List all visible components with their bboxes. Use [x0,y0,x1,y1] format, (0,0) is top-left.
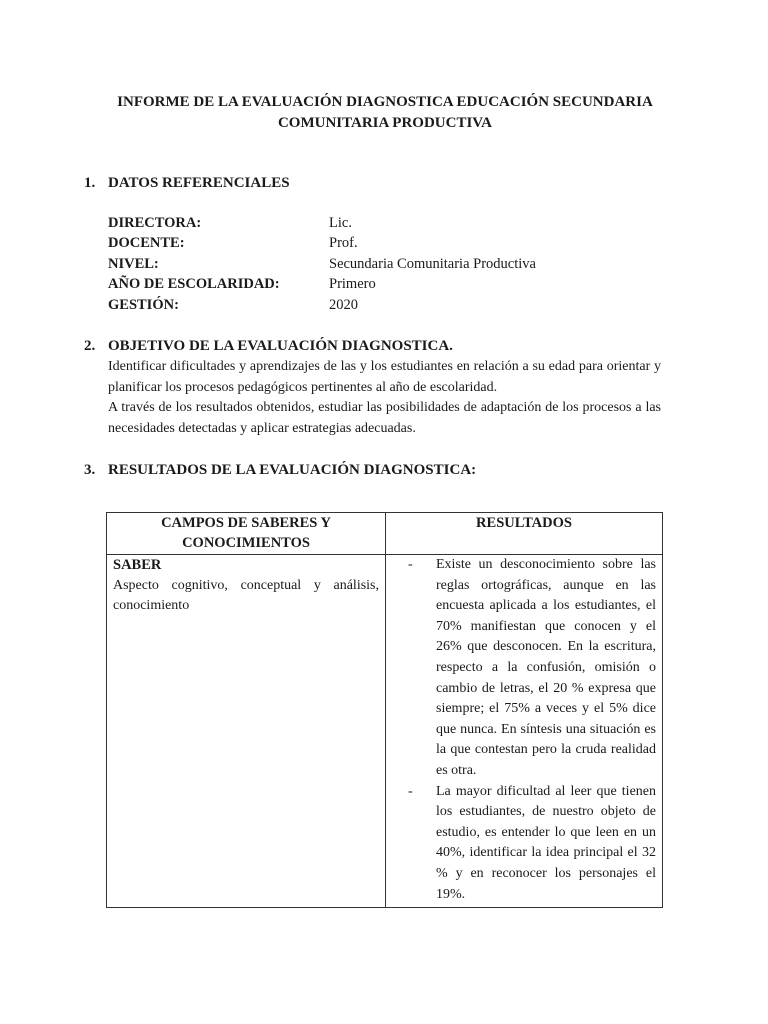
datos-row-directora: DIRECTORA: Lic. [108,213,668,234]
objetivo-paragraph-2: A través de los resultados obtenidos, es… [108,398,661,439]
section-title: DATOS REFERENCIALES [108,175,290,191]
campo-title: SABER [113,555,379,576]
datos-row-docente: DOCENTE: Prof. [108,234,668,255]
datos-row-gestion: GESTIÓN: 2020 [108,295,668,316]
title-line-2: COMUNITARIA PRODUCTIVA [100,113,670,134]
resultado-text: La mayor dificultad al leer que tienen l… [436,784,656,902]
datos-row-nivel: NIVEL: Secundaria Comunitaria Productiva [108,254,668,275]
title-line-1: INFORME DE LA EVALUACIÓN DIAGNOSTICA EDU… [100,92,670,113]
datos-row-escolaridad: AÑO DE ESCOLARIDAD: Primero [108,275,668,296]
section-heading-resultados: 3.RESULTADOS DE LA EVALUACIÓN DIAGNOSTIC… [84,460,476,480]
datos-value: Prof. [329,235,358,252]
resultados-cell: - Existe un desconocimiento sobre las re… [386,555,663,908]
datos-referenciales: DIRECTORA: Lic. DOCENTE: Prof. NIVEL: Se… [108,213,668,316]
resultado-item: - La mayor dificultad al leer que tienen… [408,782,656,906]
datos-label: AÑO DE ESCOLARIDAD: [108,276,329,293]
document-page: INFORME DE LA EVALUACIÓN DIAGNOSTICA EDU… [0,0,768,1024]
table-row: SABER Aspecto cognitivo, conceptual y an… [107,555,663,908]
campo-description: Aspecto cognitivo, conceptual y análisis… [113,576,379,617]
objetivo-paragraph-1: Identificar dificultades y aprendizajes … [108,357,661,398]
bullet-dash: - [408,782,413,803]
resultados-table: CAMPOS DE SABERES Y CONOCIMIENTOS RESULT… [106,512,663,908]
section-number: 1. [84,173,108,193]
datos-value: Secundaria Comunitaria Productiva [329,256,536,273]
section-title: OBJETIVO DE LA EVALUACIÓN DIAGNOSTICA. [108,338,453,354]
campo-cell: SABER Aspecto cognitivo, conceptual y an… [107,555,386,908]
section-title: RESULTADOS DE LA EVALUACIÓN DIAGNOSTICA: [108,462,476,478]
datos-value: Lic. [329,215,352,232]
column-header-resultados: RESULTADOS [386,513,663,555]
table-header-row: CAMPOS DE SABERES Y CONOCIMIENTOS RESULT… [107,513,663,555]
datos-label: DIRECTORA: [108,215,329,232]
datos-label: DOCENTE: [108,235,329,252]
bullet-dash: - [408,555,413,576]
objetivo-text: Identificar dificultades y aprendizajes … [108,357,661,439]
section-heading-datos: 1.DATOS REFERENCIALES [84,173,290,193]
resultado-text: Existe un desconocimiento sobre las regl… [436,557,656,778]
section-number: 3. [84,460,108,480]
column-header-campos: CAMPOS DE SABERES Y CONOCIMIENTOS [107,513,386,555]
section-heading-objetivo: 2.OBJETIVO DE LA EVALUACIÓN DIAGNOSTICA. [84,336,453,356]
resultado-item: - Existe un desconocimiento sobre las re… [408,555,656,782]
section-number: 2. [84,336,108,356]
datos-value: Primero [329,276,376,293]
datos-label: NIVEL: [108,256,329,273]
datos-label: GESTIÓN: [108,297,329,314]
document-title: INFORME DE LA EVALUACIÓN DIAGNOSTICA EDU… [100,92,670,134]
datos-value: 2020 [329,297,358,314]
